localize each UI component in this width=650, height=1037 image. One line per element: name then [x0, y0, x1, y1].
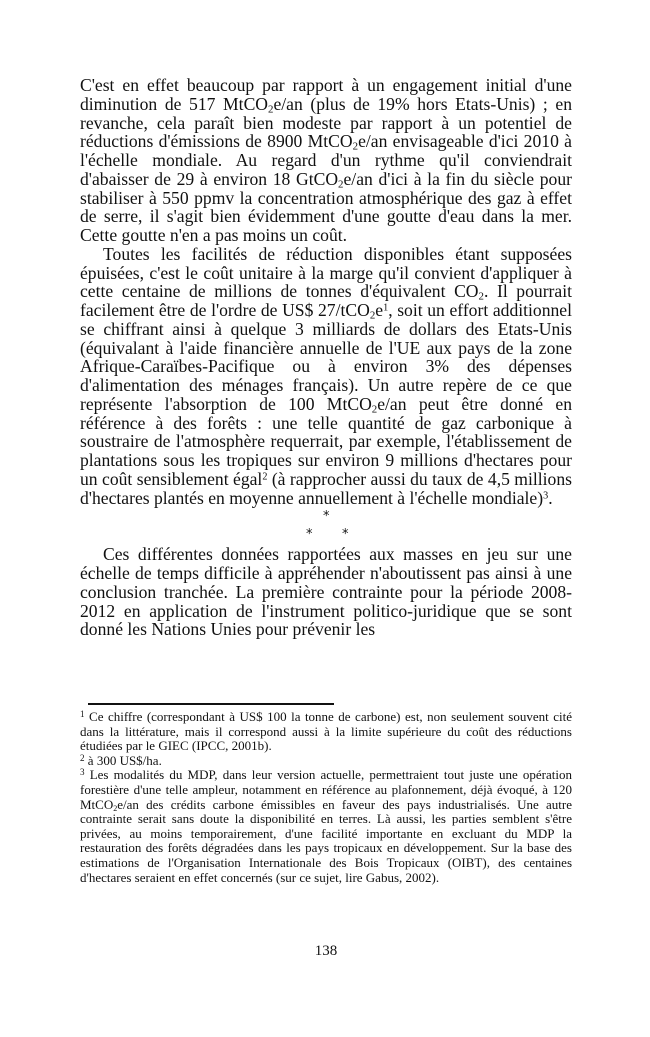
footnotes: 1 Ce chiffre (correspondant à US$ 100 la… — [80, 710, 572, 885]
section-break-star: * — [323, 509, 330, 524]
paragraph-1: C'est en effet beaucoup par rapport à un… — [80, 76, 572, 245]
footnote-2: 2 à 300 US$/ha. — [80, 754, 572, 769]
footnote-3: 3 Les modalités du MDP, dans leur versio… — [80, 768, 572, 885]
paragraph-2: Toutes les facilités de réduction dispon… — [80, 245, 572, 508]
footnote-1: 1 Ce chiffre (correspondant à US$ 100 la… — [80, 710, 572, 754]
footnote-ref: 3 — [543, 490, 548, 501]
section-break-star: * — [342, 527, 349, 542]
paragraph-3: Ces différentes données rapportées aux m… — [80, 545, 572, 639]
document-page: C'est en effet beaucoup par rapport à un… — [80, 76, 572, 639]
footnote-separator — [88, 703, 334, 705]
footnote-ref: 2 — [262, 471, 267, 482]
footnote-ref: 1 — [383, 302, 388, 313]
footnote-number: 1 — [80, 709, 85, 719]
section-break: * * * — [80, 507, 572, 545]
section-break-star: * — [306, 527, 313, 542]
page-number: 138 — [80, 943, 572, 960]
footnote-number: 3 — [80, 767, 85, 777]
footnote-number: 2 — [80, 753, 85, 763]
